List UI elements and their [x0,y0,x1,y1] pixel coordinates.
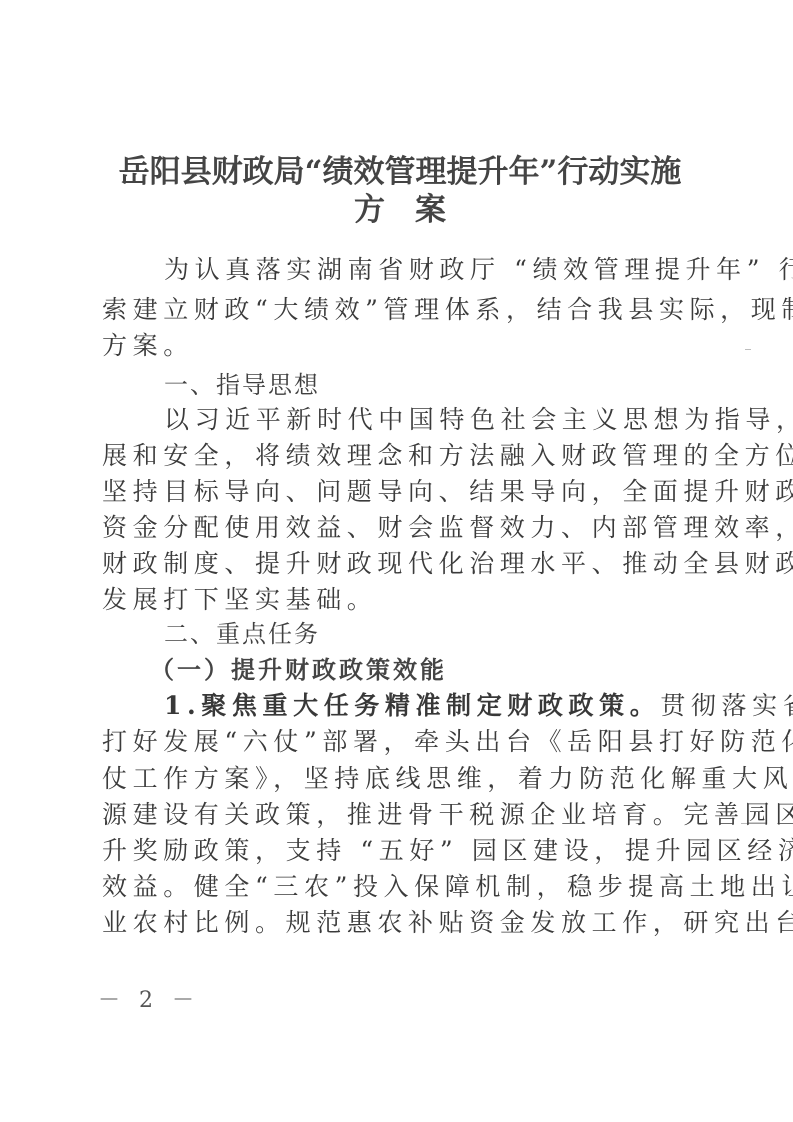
section-1-line-4: 资金分配使用效益、财会监督效力、内部管理效率，为健全现代 [102,510,702,546]
item-1-line-5: 升奖励政策，支持 “五好” 园区建设，提升园区经济贡献和质量 [102,833,702,869]
item-1-lead: 1.聚焦重大任务精准制定财政政策。 [164,691,660,720]
section-1-line-2: 展和安全，将绩效理念和方法融入财政管理的全方位、全过程， [102,438,702,474]
item-1-line-1: 1.聚焦重大任务精准制定财政政策。贯彻落实省委、省政府 [164,688,764,724]
document-title-line-2: 方案 [100,184,700,229]
section-1-line-5: 财政制度、提升财政现代化治理水平、推动全县财政事业高质量 [102,546,702,582]
intro-line-3: 方案。 [102,328,702,364]
document-page: 岳阳县财政局“绩效管理提升年”行动实施 方案 为认真落实湖南省财政厅 “绩效管理… [0,0,793,1122]
item-1-line-6: 效益。健全“三农”投入保障机制，稳步提高土地出让收入用于农 [102,869,702,905]
section-1-line-3: 坚持目标导向、问题导向、结果导向，全面提升财政政策效能、 [102,474,702,510]
section-1-line-6: 发展打下坚实基础。 [102,582,702,618]
intro-line-1: 为认真落实湖南省财政厅 “绩效管理提升年” 行动，全面探 [164,252,764,288]
section-1-heading: 一、指导思想 [164,367,764,403]
subsection-1-heading: （一）提升财政政策效能 [150,652,750,688]
item-1-line-3: 仗工作方案》，坚持底线思维，着力防范化解重大风险。完善财 [102,761,702,797]
item-1-first-line-rest: 贯彻落实省委、省政府 [660,691,793,720]
item-1-line-7: 业农村比例。规范惠农补贴资金发放工作，研究出台惠农补贴资 [102,905,702,941]
scan-mark [741,823,747,824]
item-1-line-4: 源建设有关政策，推进骨干税源企业培育。完善园区亩均税收提 [102,797,702,833]
item-1-line-2: 打好发展“六仗”部署，牵头出台《岳阳县打好防范化解风险阻击 [102,724,702,760]
page-number: － 2 － [98,983,200,1014]
intro-line-2: 索建立财政“大绩效”管理体系，结合我县实际，现制定如下实施 [102,292,702,328]
section-2-heading: 二、重点任务 [164,616,764,652]
scan-mark [741,777,747,778]
section-1-line-1: 以习近平新时代中国特色社会主义思想为指导，统筹财政发 [164,402,764,438]
scan-mark [745,349,751,350]
